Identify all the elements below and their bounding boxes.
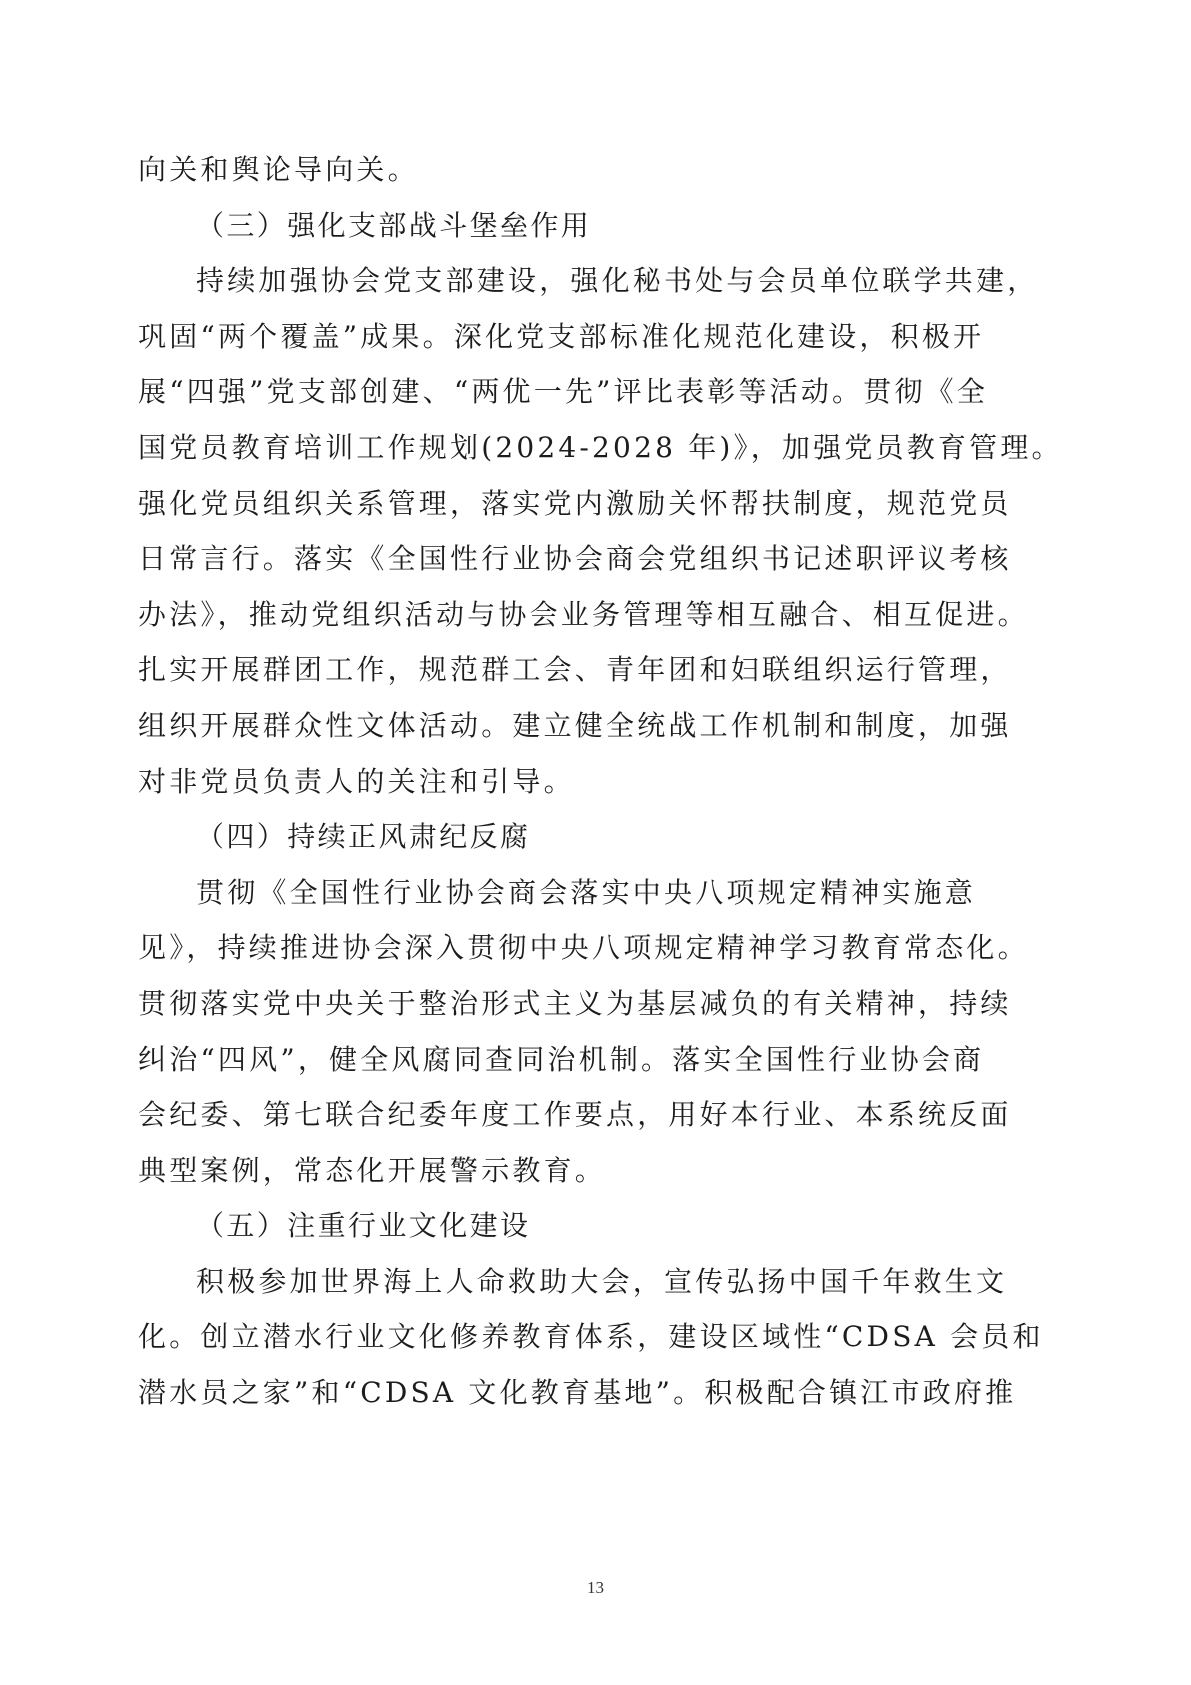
paragraph-line: 组织开展群众性文体活动。建立健全统战工作机制和制度，加强 xyxy=(138,698,1038,754)
paragraph-line: 办法》，推动党组织活动与协会业务管理等相互融合、相互促进。 xyxy=(138,587,1038,643)
paragraph-line: 会纪委、第七联合纪委年度工作要点，用好本行业、本系统反面 xyxy=(138,1087,1038,1143)
paragraph-line: 向关和舆论导向关。 xyxy=(138,142,1038,198)
paragraph-line: 典型案例，常态化开展警示教育。 xyxy=(138,1143,1038,1199)
paragraph-line: 纠治“四风”，健全风腐同查同治机制。落实全国性行业协会商 xyxy=(138,1032,1038,1088)
paragraph-line: 扎实开展群团工作，规范群工会、青年团和妇联组织运行管理， xyxy=(138,642,1038,698)
paragraph-line: 对非党员负责人的关注和引导。 xyxy=(138,754,1038,810)
paragraph-line: 展“四强”党支部创建、“两优一先”评比表彰等活动。贯彻《全 xyxy=(138,364,1038,420)
paragraph-line: 日常言行。落实《全国性行业协会商会党组织书记述职评议考核 xyxy=(138,531,1038,587)
document-body: 向关和舆论导向关。 （三）强化支部战斗堡垒作用 持续加强协会党支部建设，强化秘书… xyxy=(138,142,1038,1421)
paragraph-line: 贯彻《全国性行业协会商会落实中央八项规定精神实施意 xyxy=(138,865,1038,921)
page-number: 13 xyxy=(0,1578,1191,1598)
paragraph-line: 持续加强协会党支部建设，强化秘书处与会员单位联学共建， xyxy=(138,253,1038,309)
paragraph-line: 贯彻落实党中央关于整治形式主义为基层减负的有关精神，持续 xyxy=(138,976,1038,1032)
paragraph-line: 巩固“两个覆盖”成果。深化党支部标准化规范化建设，积极开 xyxy=(138,309,1038,365)
paragraph-line: 强化党员组织关系管理，落实党内激励关怀帮扶制度，规范党员 xyxy=(138,476,1038,532)
document-page: 向关和舆论导向关。 （三）强化支部战斗堡垒作用 持续加强协会党支部建设，强化秘书… xyxy=(0,0,1191,1685)
paragraph-line: 化。创立潜水行业文化修养教育体系，建设区域性“CDSA 会员和 xyxy=(138,1309,1038,1365)
paragraph-line: 潜水员之家”和“CDSA 文化教育基地”。积极配合镇江市政府推 xyxy=(138,1365,1038,1421)
section-heading-4: （四）持续正风肃纪反腐 xyxy=(138,809,1038,865)
paragraph-line: 见》，持续推进协会深入贯彻中央八项规定精神学习教育常态化。 xyxy=(138,920,1038,976)
paragraph-line: 积极参加世界海上人命救助大会，宣传弘扬中国千年救生文 xyxy=(138,1254,1038,1310)
section-heading-3: （三）强化支部战斗堡垒作用 xyxy=(138,198,1038,254)
paragraph-line: 国党员教育培训工作规划(2024-2028 年)》，加强党员教育管理。 xyxy=(138,420,1038,476)
section-heading-5: （五）注重行业文化建设 xyxy=(138,1198,1038,1254)
